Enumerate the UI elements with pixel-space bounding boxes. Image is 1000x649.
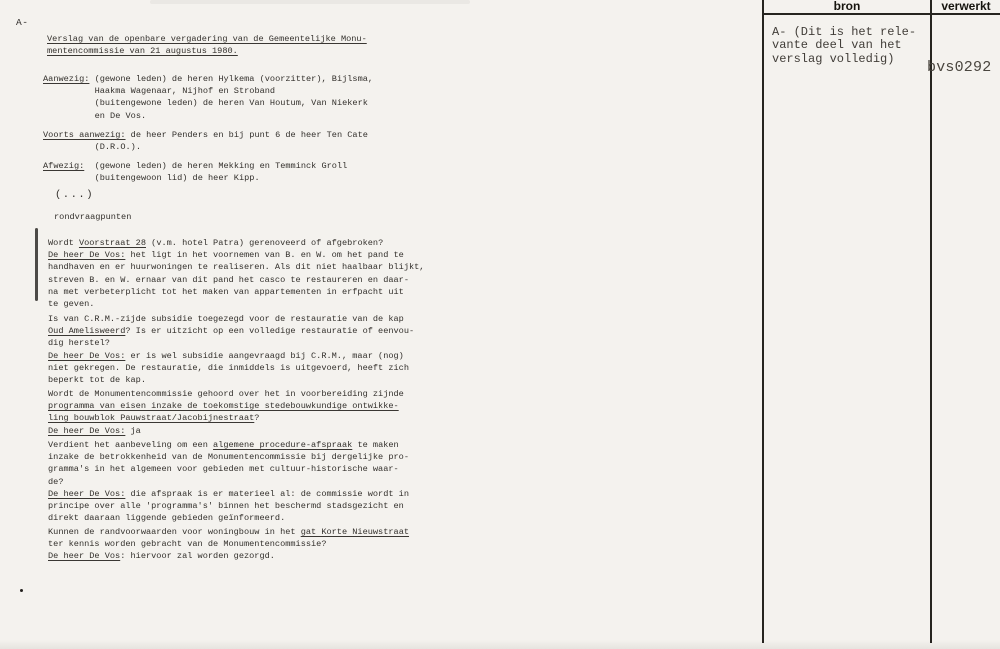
doc-line: Voorts aanwezig: de heer Penders en bij … [43, 129, 368, 141]
doc-line: A- (Dit is het rele- [772, 26, 916, 39]
form-column-divider-right [930, 0, 932, 643]
doc-line: inzake de betrokkenheid van de Monumente… [48, 451, 409, 463]
qa-paragraph-pauwstraat: Wordt de Monumentencommissie gehoord ove… [48, 388, 404, 437]
section-label-rondvraagpunten: rondvraagpunten [54, 211, 131, 223]
stray-ink-dot [20, 589, 23, 592]
doc-line: verslag volledig) [772, 53, 916, 66]
doc-line: direkt daaraan liggende gebieden geïnfor… [48, 512, 409, 524]
doc-line: handhaven en er huurwoningen te realiser… [48, 261, 424, 273]
margin-label: A- [16, 17, 28, 28]
doc-line: Is van C.R.M.-zijde subsidie toegezegd v… [48, 313, 414, 325]
doc-line: (D.R.O.). [43, 141, 368, 153]
ellipsis-marker: (...) [55, 189, 94, 201]
qa-paragraph-procedure-afspraak: Verdient het aanbeveling om een algemene… [48, 439, 409, 524]
doc-line: Afwezig: (gewone leden) de heren Mekking… [43, 160, 347, 172]
doc-line: Oud Amelisweerd? Is er uitzicht op een v… [48, 325, 414, 337]
doc-line: (buitengewoon lid) de heer Kipp. [43, 172, 347, 184]
doc-line: Wordt de Monumentencommissie gehoord ove… [48, 388, 404, 400]
margin-emphasis-line [35, 228, 38, 301]
doc-line: Aanwezig: (gewone leden) de heren Hylkem… [43, 73, 373, 85]
doc-line: De heer De Vos: het ligt in het voorneme… [48, 249, 424, 261]
doc-line: Haakma Wagenaar, Nijhof en Stroband [43, 85, 373, 97]
attendees-present: Aanwezig: (gewone leden) de heren Hylkem… [43, 73, 373, 122]
attendees-also-present: Voorts aanwezig: de heer Penders en bij … [43, 129, 368, 153]
doc-line: streven B. en W. ernaar van dit pand het… [48, 274, 424, 286]
scanned-meeting-minutes-page: { "page_label": "A-", "form": { "headers… [0, 0, 1000, 649]
doc-line: beperkt tot de kap. [48, 374, 414, 386]
qa-paragraph-korte-nieuwstraat: Kunnen de randvoorwaarden voor woningbou… [48, 526, 409, 563]
doc-line: vante deel van het [772, 39, 916, 52]
doc-line: programma van eisen inzake de toekomstig… [48, 400, 404, 412]
doc-line: principe over alle 'programma's' binnen … [48, 500, 409, 512]
doc-line: ter kennis worden gebracht van de Monume… [48, 538, 409, 550]
column-header-verwerkt: verwerkt [932, 0, 1000, 13]
doc-line: Kunnen de randvoorwaarden voor woningbou… [48, 526, 409, 538]
doc-line: en De Vos. [43, 110, 373, 122]
attendees-absent: Afwezig: (gewone leden) de heren Mekking… [43, 160, 347, 184]
qa-paragraph-voorstraat: Wordt Voorstraat 28 (v.m. hotel Patra) g… [48, 237, 424, 310]
doc-line: Verslag van de openbare vergadering van … [47, 33, 367, 45]
doc-line: De heer De Vos: er is wel subsidie aange… [48, 350, 414, 362]
doc-line: dig herstel? [48, 337, 414, 349]
doc-line: De heer De Vos: die afspraak is er mater… [48, 488, 409, 500]
form-column-divider-left [762, 0, 764, 643]
doc-line: (buitengewone leden) de heren Van Houtum… [43, 97, 373, 109]
doc-line: rondvraagpunten [54, 211, 131, 223]
scan-edge-bottom [0, 640, 1000, 649]
doc-line: Verdient het aanbeveling om een algemene… [48, 439, 409, 451]
doc-line: mentencommissie van 21 augustus 1980. [47, 45, 367, 57]
doc-line: de? [48, 476, 409, 488]
qa-paragraph-amelisweerd: Is van C.R.M.-zijde subsidie toegezegd v… [48, 313, 414, 386]
doc-title: Verslag van de openbare vergadering van … [47, 33, 367, 57]
doc-line: ling bouwblok Pauwstraat/Jacobijnestraat… [48, 412, 404, 424]
doc-line: gramma's in het algemeen voor gebieden m… [48, 463, 409, 475]
doc-line: Wordt Voorstraat 28 (v.m. hotel Patra) g… [48, 237, 424, 249]
doc-line: na met verbeterplicht tot het maken van … [48, 286, 424, 298]
verwerkt-code: bvs0292 [927, 59, 991, 76]
column-header-bron: bron [764, 0, 930, 13]
bron-note: A- (Dit is het rele-vante deel van hetve… [772, 26, 916, 66]
doc-line: De heer De Vos: ja [48, 425, 404, 437]
form-header-underline [762, 13, 1000, 15]
doc-line: niet gekregen. De restauratie, die inmid… [48, 362, 414, 374]
doc-line: (...) [55, 189, 94, 201]
doc-line: te geven. [48, 298, 424, 310]
doc-line: De heer De Vos: hiervoor zal worden gezo… [48, 550, 409, 562]
scan-smudge-top [150, 0, 470, 4]
